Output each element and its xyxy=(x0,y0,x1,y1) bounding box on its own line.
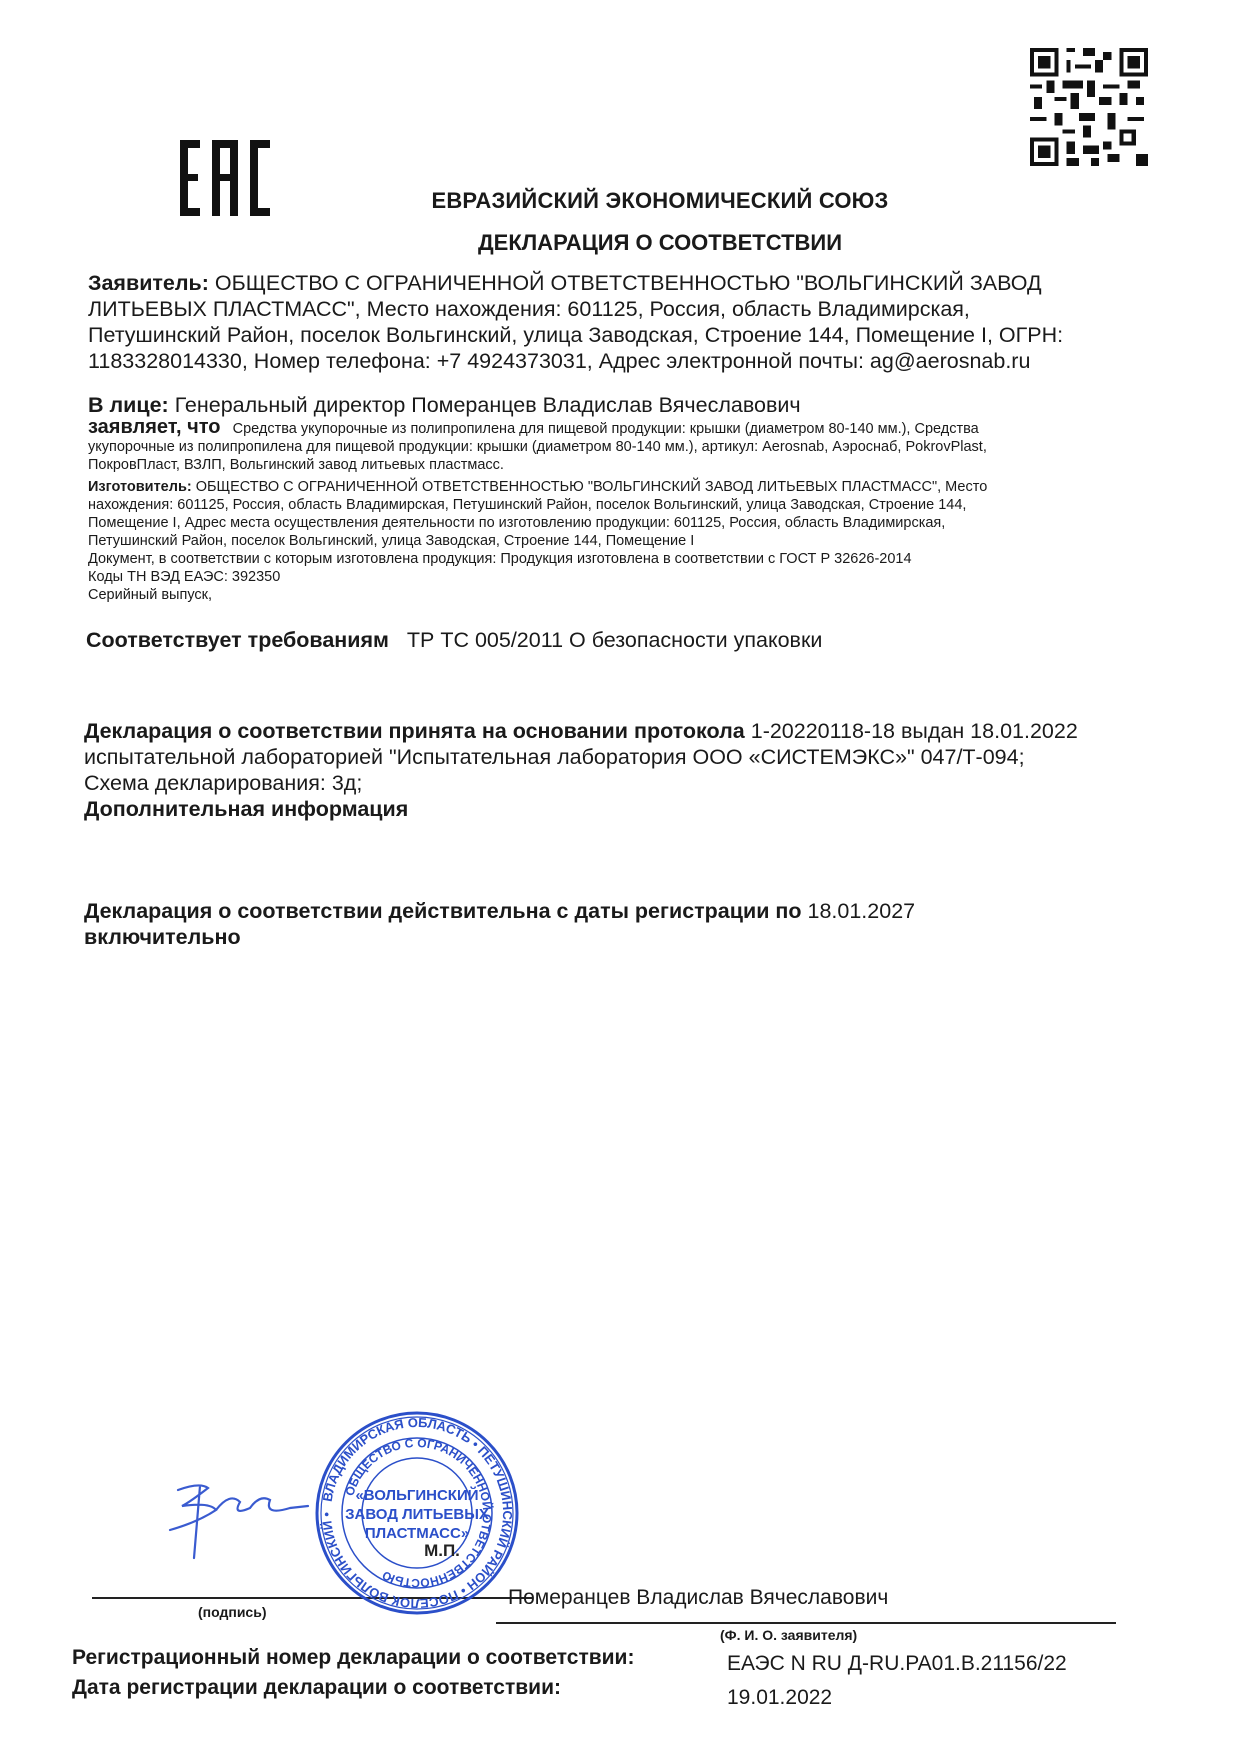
validity-block: Декларация о соответствии действительна … xyxy=(84,898,915,950)
union-title: ЕВРАЗИЙСКИЙ ЭКОНОМИЧЕСКИЙ СОЮЗ xyxy=(0,188,1240,214)
validity-date: 18.01.2027 xyxy=(808,899,916,923)
stamp-line: ПЛАСТМАСС» xyxy=(365,1525,469,1542)
laboratory-line: испытательной лабораторией "Испытательна… xyxy=(84,744,1164,770)
qr-code-icon xyxy=(1030,48,1148,166)
tn-ved-code-line: Коды ТН ВЭД ЕАЭС: 392350 xyxy=(88,568,1148,586)
document-title: ДЕКЛАРАЦИЯ О СООТВЕТСТВИИ xyxy=(0,230,1240,256)
applicant-line: 1183328014330, Номер телефона: +7 492437… xyxy=(88,348,1148,374)
applicant-label: Заявитель: xyxy=(88,271,209,295)
registration-number-value: ЕАЭС N RU Д-RU.PA01.B.21156/22 xyxy=(727,1652,1067,1676)
signature-caption: (подпись) xyxy=(198,1604,267,1620)
validity-suffix: включительно xyxy=(84,924,915,950)
product-line: Средства укупорочные из полипропилена дл… xyxy=(233,421,979,437)
stamp-line: ЗАВОД ЛИТЬЕВЫХ xyxy=(345,1506,489,1523)
manufacturer-line: нахождения: 601125, Россия, область Влад… xyxy=(88,496,1148,514)
representative-value: Генеральный директор Померанцев Владисла… xyxy=(175,393,801,417)
seal-mark: М.П. xyxy=(424,1541,460,1560)
signer-name: Померанцев Владислав Вячеславович xyxy=(508,1586,888,1610)
manufacturer-line: Петушинский Район, поселок Вольгинский, … xyxy=(88,532,1148,550)
document-basis-line: Документ, в соответствии с которым изгот… xyxy=(88,550,1148,568)
representative-block: В лице: Генеральный директор Померанцев … xyxy=(88,392,1148,418)
additional-info-label: Дополнительная информация xyxy=(84,796,408,822)
name-caption: (Ф. И. О. заявителя) xyxy=(720,1627,857,1643)
applicant-line: Петушинский Район, поселок Вольгинский, … xyxy=(88,322,1148,348)
validity-label: Декларация о соответствии действительна … xyxy=(84,899,802,923)
protocol-value: 1-20220118-18 выдан 18.01.2022 xyxy=(751,719,1078,743)
product-line: ПокровПласт, ВЗЛП, Вольгинский завод лит… xyxy=(88,456,1148,474)
manufacturer-line: ОБЩЕСТВО С ОГРАНИЧЕННОЙ ОТВЕТСТВЕННОСТЬЮ… xyxy=(196,479,988,495)
conforms-value: ТР ТС 005/2011 О безопасности упаковки xyxy=(407,628,823,652)
applicant-line: ЛИТЬЕВЫХ ПЛАСТМАСС", Место нахождения: 6… xyxy=(88,296,1148,322)
company-seal-icon: ВЛАДИМИРСКАЯ ОБЛАСТЬ • ПЕТУШИНСКИЙ РАЙОН… xyxy=(312,1408,522,1618)
conforms-label: Соответствует требованиям xyxy=(86,628,389,652)
basis-block: Декларация о соответствии принята на осн… xyxy=(84,718,1164,796)
manufacturer-block: Изготовитель: ОБЩЕСТВО С ОГРАНИЧЕННОЙ ОТ… xyxy=(88,478,1148,604)
manufacturer-line: Помещение I, Адрес места осуществления д… xyxy=(88,514,1148,532)
basis-label: Декларация о соответствии принята на осн… xyxy=(84,719,745,743)
scheme-line: Схема декларирования: 3д; xyxy=(84,770,1164,796)
registration-date-value: 19.01.2022 xyxy=(727,1686,832,1710)
handwritten-signature-icon xyxy=(160,1472,310,1562)
declares-label: заявляет, что xyxy=(88,416,221,438)
stamp-line: «ВОЛЬГИНСКИЙ xyxy=(355,1486,478,1504)
declares-block: заявляет, что Средства укупорочные из по… xyxy=(88,418,1148,474)
serial-release-line: Серийный выпуск, xyxy=(88,586,1148,604)
applicant-line: ОБЩЕСТВО С ОГРАНИЧЕННОЙ ОТВЕТСТВЕННОСТЬЮ… xyxy=(215,271,1042,295)
registration-number-label: Регистрационный номер декларации о соотв… xyxy=(72,1646,634,1670)
manufacturer-label: Изготовитель: xyxy=(88,479,192,495)
product-line: укупорочные из полипропилена для пищевой… xyxy=(88,438,1148,456)
representative-label: В лице: xyxy=(88,393,169,417)
registration-date-label: Дата регистрации декларации о соответств… xyxy=(72,1676,561,1700)
applicant-block: Заявитель: ОБЩЕСТВО С ОГРАНИЧЕННОЙ ОТВЕТ… xyxy=(88,270,1148,374)
name-line xyxy=(496,1622,1116,1624)
conforms-block: Соответствует требованиям ТР ТС 005/2011… xyxy=(86,627,822,653)
